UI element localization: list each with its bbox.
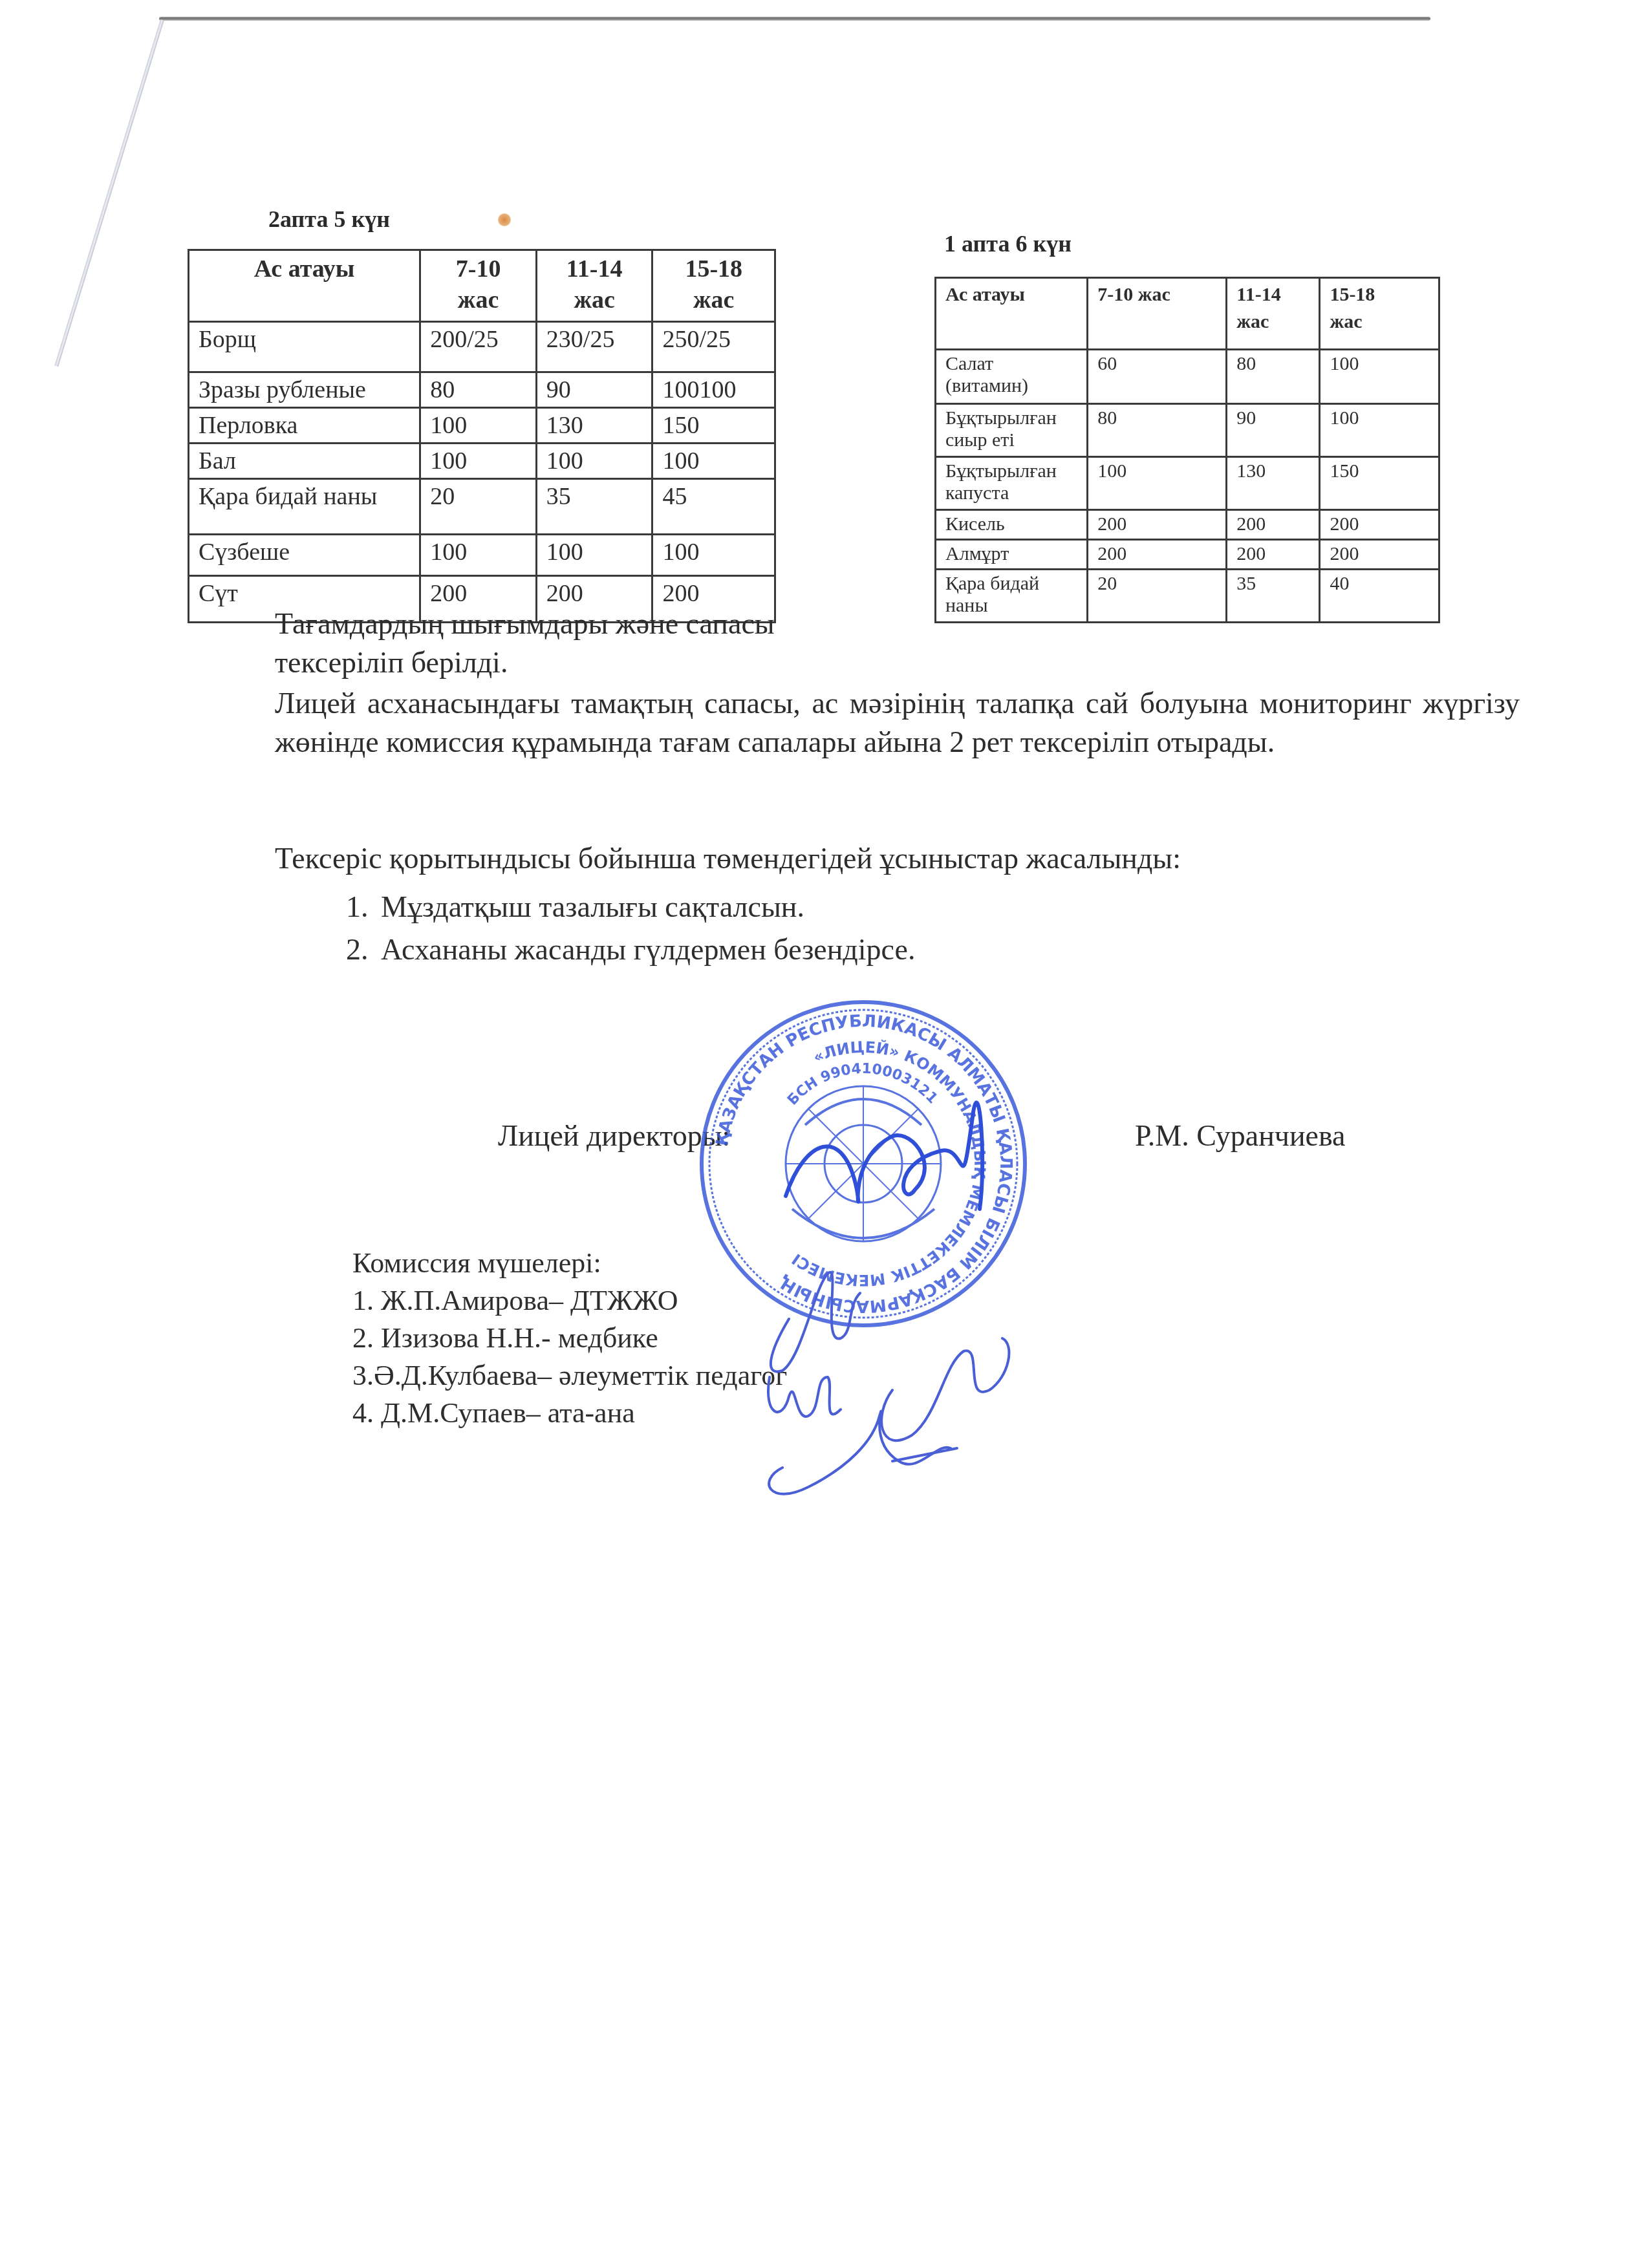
column-header-text: Ас атауы [199,253,410,284]
commission-member: 4. Д.М.Супаев– ата-ана [352,1395,787,1432]
table-row: Зразы рубленые8090100100 [189,372,775,408]
dish-name-cell: Қара бидай наны [189,479,420,535]
column-header: Ас атауы [936,278,1088,350]
column-header: 7-10 жас [1088,278,1227,350]
portion-cell: 130 [536,408,652,444]
dish-name-cell: Сүзбеше [189,535,420,576]
dish-name-cell: Алмұрт [936,540,1088,570]
portion-cell: 200 [1227,510,1320,540]
recommendations-list: 1.Мұздатқыш тазалығы сақталсын.2.Асханан… [346,886,915,971]
portion-cell: 80 [420,372,537,408]
portion-cell: 80 [1227,350,1320,404]
commission-members-list: 1. Ж.П.Амирова– ДТЖЖО2. Изизова Н.Н.- ме… [352,1282,787,1432]
portion-cell: 35 [536,479,652,535]
portion-cell: 250/25 [652,322,775,372]
dish-name-cell: Қара бидай наны [936,570,1088,623]
portion-cell: 100 [420,444,537,479]
table-week1-caption: 1 апта 6 күн [944,230,1072,257]
column-header: 11-14жас [536,250,652,322]
dish-name-cell: Бұқтырылған капуста [936,457,1088,510]
dish-name-cell: Борщ [189,322,420,372]
portion-cell: 100 [420,535,537,576]
column-header: 11-14жас [1227,278,1320,350]
portion-cell: 20 [420,479,537,535]
portion-cell: 200 [1088,540,1227,570]
portion-cell: 100 [652,535,775,576]
portion-cell: 45 [652,479,775,535]
table-row: Қара бидай наны203545 [189,479,775,535]
column-header-text: жас [1330,308,1429,336]
column-header-text: 7-10 [430,253,526,284]
paragraph-yield-checked: Тағамдардың шығымдары және сапасы тексер… [275,604,775,682]
table-row: Борщ200/25230/25250/25 [189,322,775,372]
column-header-text: 15-18 [1330,281,1429,308]
paragraph-monitoring: Лицей асханасындағы тамақтың сапасы, ас … [275,684,1520,762]
dish-name-cell: Зразы рубленые [189,372,420,408]
portion-cell: 90 [536,372,652,408]
paragraph-yield-line-2: тексеріліп берілді. [275,643,775,682]
dish-name-cell: Салат (витамин) [936,350,1088,404]
portion-cell: 200 [1320,540,1439,570]
commission-title: Комиссия мүшелері: [352,1245,787,1282]
table-row: Сүзбеше100100100 [189,535,775,576]
dish-name-cell: Кисель [936,510,1088,540]
column-header-text: 11-14 [546,253,643,284]
column-header-text: 7-10 жас [1097,281,1216,308]
member-signatures-icon [744,1248,1054,1506]
table-week2-caption: 2апта 5 күн [268,206,390,233]
paragraph-yield-line-1: Тағамдардың шығымдары және сапасы [275,604,775,643]
portion-cell: 230/25 [536,322,652,372]
portion-cell: 100 [536,535,652,576]
portion-cell: 60 [1088,350,1227,404]
director-name: Р.М. Суранчиева [1135,1118,1346,1153]
table-row: Алмұрт200200200 [936,540,1439,570]
portion-cell: 150 [1320,457,1439,510]
scan-fold-line-left [54,19,164,367]
commission-member: 2. Изизова Н.Н.- медбике [352,1320,787,1357]
scan-fold-line-top [159,17,1430,21]
commission-block: Комиссия мүшелері: 1. Ж.П.Амирова– ДТЖЖО… [352,1245,787,1432]
column-header: 7-10жас [420,250,537,322]
portion-cell: 130 [1227,457,1320,510]
table-row: Кисель200200200 [936,510,1439,540]
recommendation-item: 1.Мұздатқыш тазалығы сақталсын. [346,886,915,928]
recommendations-intro: Тексеріс қорытындысы бойынша төмендегіде… [275,839,1181,878]
portion-cell: 90 [1227,404,1320,457]
column-header-text: жас [1236,308,1309,336]
portion-cell: 100100 [652,372,775,408]
table-row: Қара бидай наны203540 [936,570,1439,623]
column-header: 15-18жас [1320,278,1439,350]
portion-cell: 100 [536,444,652,479]
column-header-text: 11-14 [1236,281,1309,308]
portion-cell: 200 [1227,540,1320,570]
column-header-text: жас [662,284,765,316]
portion-cell: 40 [1320,570,1439,623]
portion-cell: 150 [652,408,775,444]
commission-member: 1. Ж.П.Амирова– ДТЖЖО [352,1282,787,1320]
portion-cell: 100 [420,408,537,444]
recommendation-number: 2. [346,928,381,971]
menu-table-week2: Ас атауы7-10жас11-14жас15-18жас Борщ200/… [188,249,776,623]
recommendation-number: 1. [346,886,381,928]
dish-name-cell: Бал [189,444,420,479]
column-header-text: жас [546,284,643,316]
menu-table-week1: Ас атауы7-10 жас11-14жас15-18жас Салат (… [934,277,1440,623]
portion-cell: 80 [1088,404,1227,457]
table-row: Бұқтырылған сиыр еті8090100 [936,404,1439,457]
portion-cell: 100 [652,444,775,479]
column-header: Ас атауы [189,250,420,322]
recommendation-text: Асхананы жасанды гүлдермен безендірсе. [381,933,915,966]
recommendation-item: 2.Асхананы жасанды гүлдермен безендірсе. [346,928,915,971]
portion-cell: 35 [1227,570,1320,623]
dish-name-cell: Бұқтырылған сиыр еті [936,404,1088,457]
column-header-text: жас [430,284,526,316]
table-row: Салат (витамин)6080100 [936,350,1439,404]
dish-name-cell: Перловка [189,408,420,444]
scan-stain [498,213,511,226]
column-header-text: 15-18 [662,253,765,284]
table-row: Бұқтырылған капуста100130150 [936,457,1439,510]
portion-cell: 100 [1320,404,1439,457]
portion-cell: 200/25 [420,322,537,372]
portion-cell: 200 [1320,510,1439,540]
table-row: Перловка100130150 [189,408,775,444]
table-row: Бал100100100 [189,444,775,479]
portion-cell: 100 [1320,350,1439,404]
recommendation-text: Мұздатқыш тазалығы сақталсын. [381,890,804,923]
column-header: 15-18жас [652,250,775,322]
portion-cell: 20 [1088,570,1227,623]
commission-member: 3.Ә.Д.Кулбаева– әлеуметтік педагог [352,1357,787,1395]
column-header-text: Ас атауы [945,281,1077,308]
portion-cell: 200 [1088,510,1227,540]
portion-cell: 100 [1088,457,1227,510]
